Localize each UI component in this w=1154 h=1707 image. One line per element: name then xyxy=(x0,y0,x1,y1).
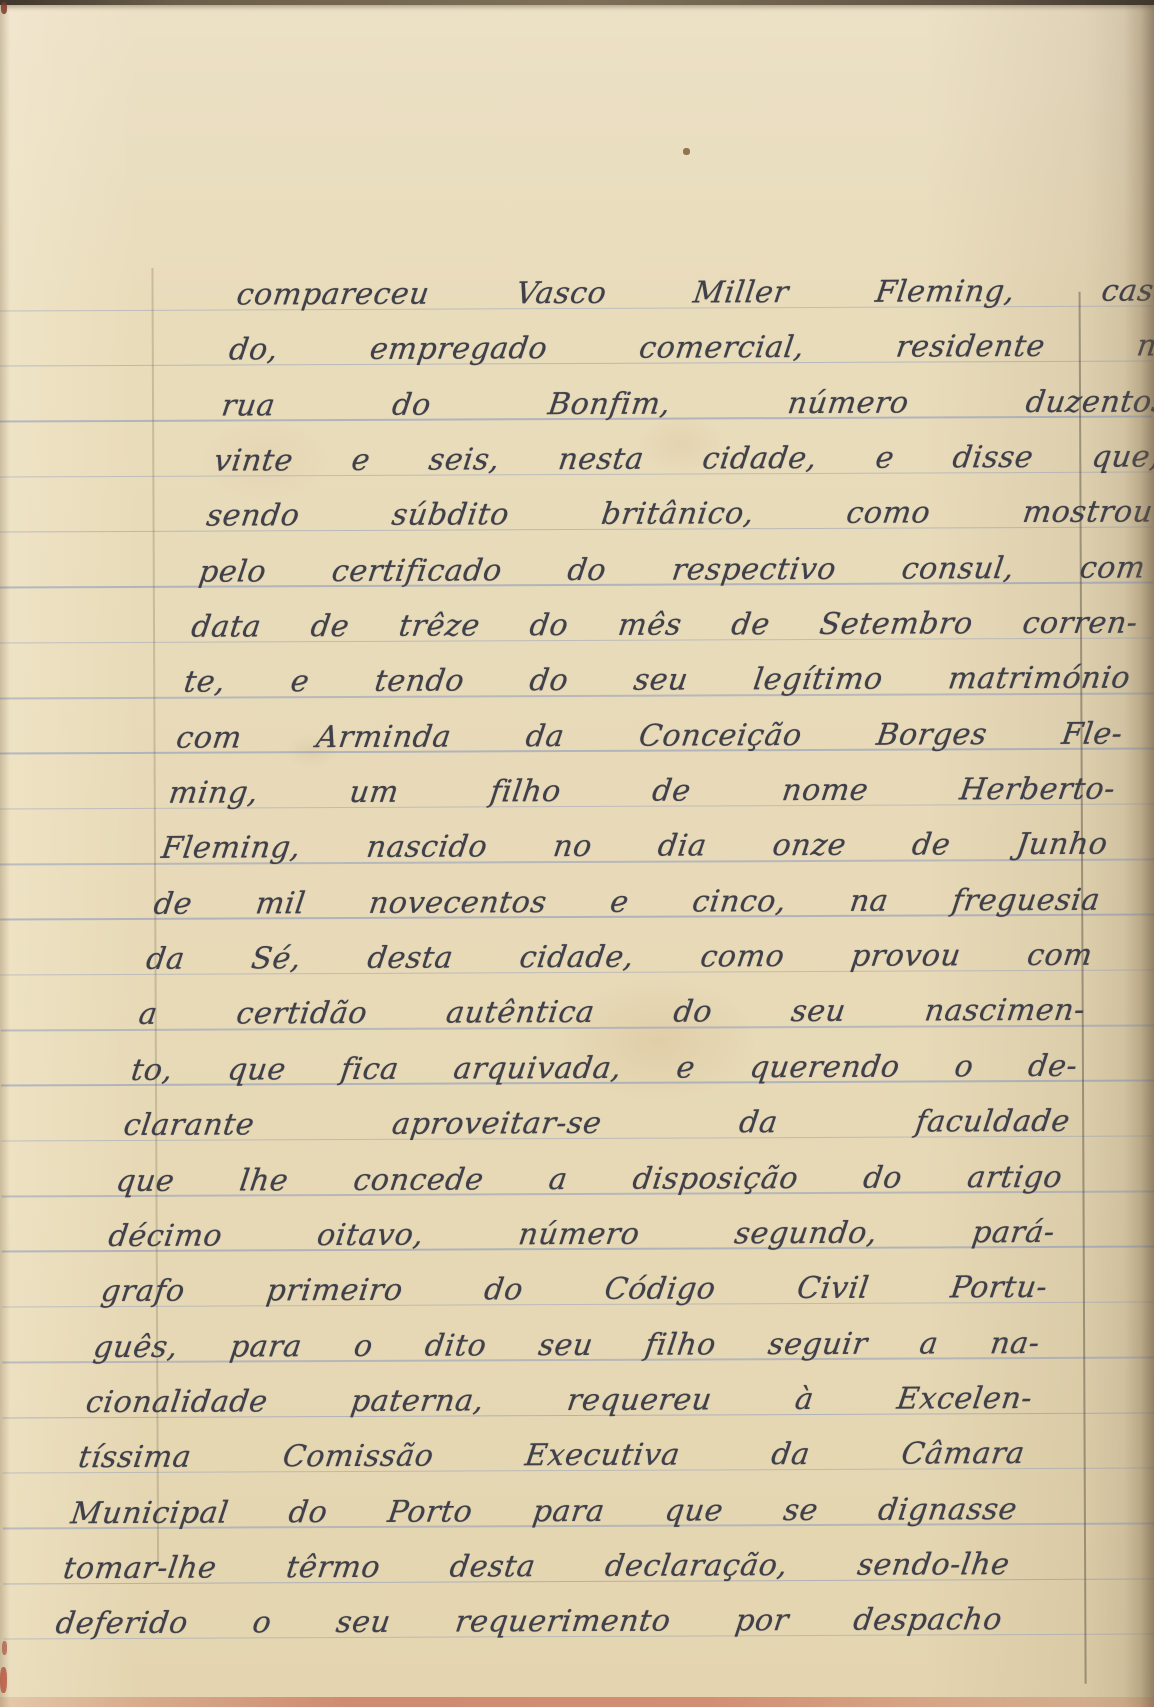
red-binding-speck xyxy=(2,1641,7,1655)
page-content: compareceu Vasco Miller Fleming, casa- d… xyxy=(0,0,1154,1707)
manuscript-line: to, que fica arquivada, e querendo o de- xyxy=(128,1039,1082,1099)
manuscript-line: te, e tendo do seu legítimo matrimónio xyxy=(180,651,1134,711)
page-bottom-red-edge xyxy=(0,1697,1154,1707)
manuscript-line: que lhe concede a disposição do artigo xyxy=(113,1149,1067,1209)
paper-stain-speck xyxy=(683,148,690,155)
manuscript-line: a certidão autêntica do seu nascimen- xyxy=(135,983,1089,1043)
manuscript-line: pelo certificado do respectivo consul, c… xyxy=(195,540,1149,600)
manuscript-line: com Arminda da Conceição Borges Fle- xyxy=(173,706,1127,766)
manuscript-line: compareceu Vasco Miller Fleming, casa- xyxy=(233,263,1154,323)
manuscript-line: guês, para o dito seu filho seguir a na- xyxy=(90,1316,1044,1376)
handwritten-text: compareceu Vasco Miller Fleming, casa- d… xyxy=(52,263,1154,1652)
manuscript-line: data de trêze do mês de Setembro corren- xyxy=(188,596,1142,656)
manuscript-line: Municipal do Porto para que se dignasse xyxy=(67,1482,1021,1542)
manuscript-line: vinte e seis, nesta cidade, e disse que, xyxy=(211,429,1154,489)
red-binding-speck xyxy=(1,2,7,14)
manuscript-line: décimo oitavo, número segundo, pará- xyxy=(105,1205,1059,1265)
manuscript-line: deferido o seu requerimento por despacho xyxy=(52,1592,1006,1652)
manuscript-line: do, empregado comercial, residente na xyxy=(226,319,1154,379)
manuscript-line: Fleming, nascido no dia onze de Junho xyxy=(158,817,1112,877)
manuscript-line: de mil novecentos e cinco, na freguesia xyxy=(150,872,1104,932)
manuscript-line: grafo primeiro do Código Civil Portu- xyxy=(97,1260,1051,1320)
page-left-edge xyxy=(0,0,10,1707)
manuscript-line: tíssima Comissão Executiva da Câmara xyxy=(75,1426,1029,1486)
scanned-page: compareceu Vasco Miller Fleming, casa- d… xyxy=(0,0,1154,1707)
manuscript-line: cionalidade paterna, requereu à Excelen- xyxy=(82,1371,1036,1431)
manuscript-line: rua do Bonfim, número duzentos xyxy=(218,374,1154,434)
manuscript-line: sendo súbdito britânico, como mostrou xyxy=(203,485,1154,545)
manuscript-line: tomar-lhe têrmo desta declaração, sendo-… xyxy=(60,1537,1014,1597)
manuscript-line: da Sé, desta cidade, como provou com xyxy=(143,928,1097,988)
red-binding-speck xyxy=(0,1667,7,1693)
page-right-edge xyxy=(1124,0,1154,1707)
manuscript-line: ming, um filho de nome Herberto- xyxy=(165,762,1119,822)
manuscript-line: clarante aproveitar-se da faculdade xyxy=(120,1094,1074,1154)
page-top-edge xyxy=(0,0,1154,5)
